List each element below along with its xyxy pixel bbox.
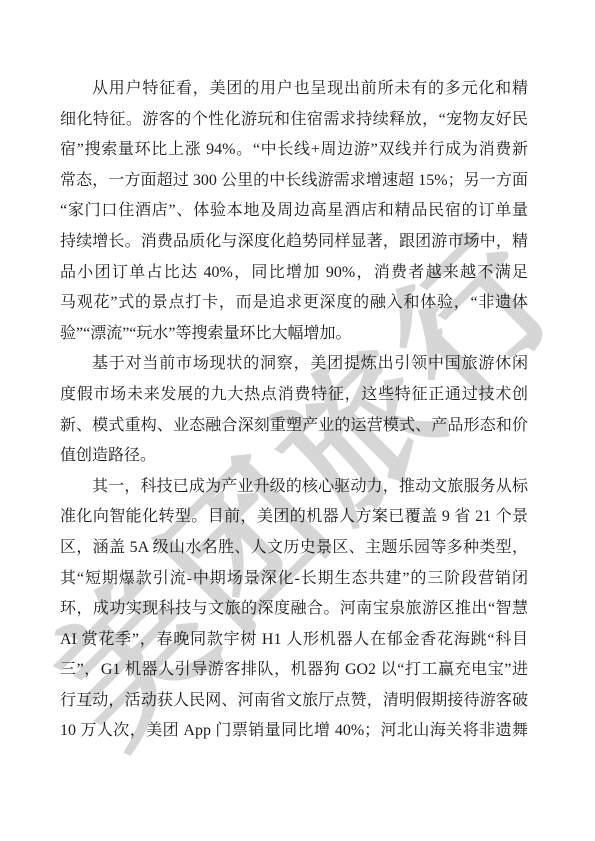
- text-line: 其“短期爆款引流-中期场景深化-长期生态共建”的三阶段营销闭: [60, 564, 528, 595]
- text-line: 10 万人次，美团 App 门票销量同比增 40%；河北山海关将非遗舞: [60, 716, 528, 747]
- text-line: 宿”搜索量环比上涨 94%。“中长线+周边游”双线并行成为消费新: [60, 135, 528, 166]
- text-line: 验”“漂流”“玩水”等搜索量环比大幅增加。: [60, 319, 528, 350]
- text-line: 品小团订单占比达 40%，同比增加 90%，消费者越来越不满足于“走: [60, 258, 528, 289]
- paragraph-technology-driver: 其一，科技已成为产业升级的核心驱动力，推动文旅服务从标 准化向智能化转型。目前，…: [60, 472, 528, 747]
- text-line: 其一，科技已成为产业升级的核心驱动力，推动文旅服务从标: [60, 472, 528, 503]
- paragraph-user-traits: 从用户特征看，美团的用户也呈现出前所未有的多元化和精 细化特征。游客的个性化游玩…: [60, 74, 528, 349]
- text-line: 三”，G1 机器人引导游客排队，机器狗 GO2 以“打工赢充电宝”进: [60, 655, 528, 686]
- text-line: AI 赏花季”，春晚同款宇树 H1 人形机器人在郁金香花海跳“科目: [60, 625, 528, 656]
- text-line: 持续增长。消费品质化与深度化趋势同样显著，跟团游市场中，精: [60, 227, 528, 258]
- text-line: 新、模式重构、业态融合深刻重塑产业的运营模式、产品形态和价: [60, 411, 528, 442]
- text-line: 行互动，活动获人民网、河南省文旅厅点赞，清明假期接待游客破: [60, 686, 528, 717]
- text-line: 准化向智能化转型。目前，美团的机器人方案已覆盖 9 省 21 个景: [60, 502, 528, 533]
- text-line: 区，涵盖 5A 级山水名胜、人文历史景区、主题乐园等多种类型，: [60, 533, 528, 564]
- document-page: 美团旅行 从用户特征看，美团的用户也呈现出前所未有的多元化和精 细化特征。游客的…: [0, 0, 595, 841]
- text-line: 细化特征。游客的个性化游玩和住宿需求持续释放，“宠物友好民: [60, 105, 528, 136]
- text-line: 值创造路径。: [60, 441, 528, 472]
- text-line: 基于对当前市场现状的洞察，美团提炼出引领中国旅游休闲: [60, 349, 528, 380]
- text-line: 环，成功实现科技与文旅的深度融合。河南宝泉旅游区推出“智慧: [60, 594, 528, 625]
- document-body: 从用户特征看，美团的用户也呈现出前所未有的多元化和精 细化特征。游客的个性化游玩…: [60, 74, 528, 747]
- text-line: 度假市场未来发展的九大热点消费特征，这些特征正通过技术创: [60, 380, 528, 411]
- text-line: 常态，一方面超过 300 公里的中长线游需求增速超 15%；另一方面: [60, 166, 528, 197]
- text-line: 从用户特征看，美团的用户也呈现出前所未有的多元化和精: [60, 74, 528, 105]
- text-line: 马观花”式的景点打卡，而是追求更深度的融入和体验，“非遗体: [60, 288, 528, 319]
- paragraph-market-insight: 基于对当前市场现状的洞察，美团提炼出引领中国旅游休闲 度假市场未来发展的九大热点…: [60, 349, 528, 471]
- text-line: “家门口住酒店”、体验本地及周边高星酒店和精品民宿的订单量: [60, 196, 528, 227]
